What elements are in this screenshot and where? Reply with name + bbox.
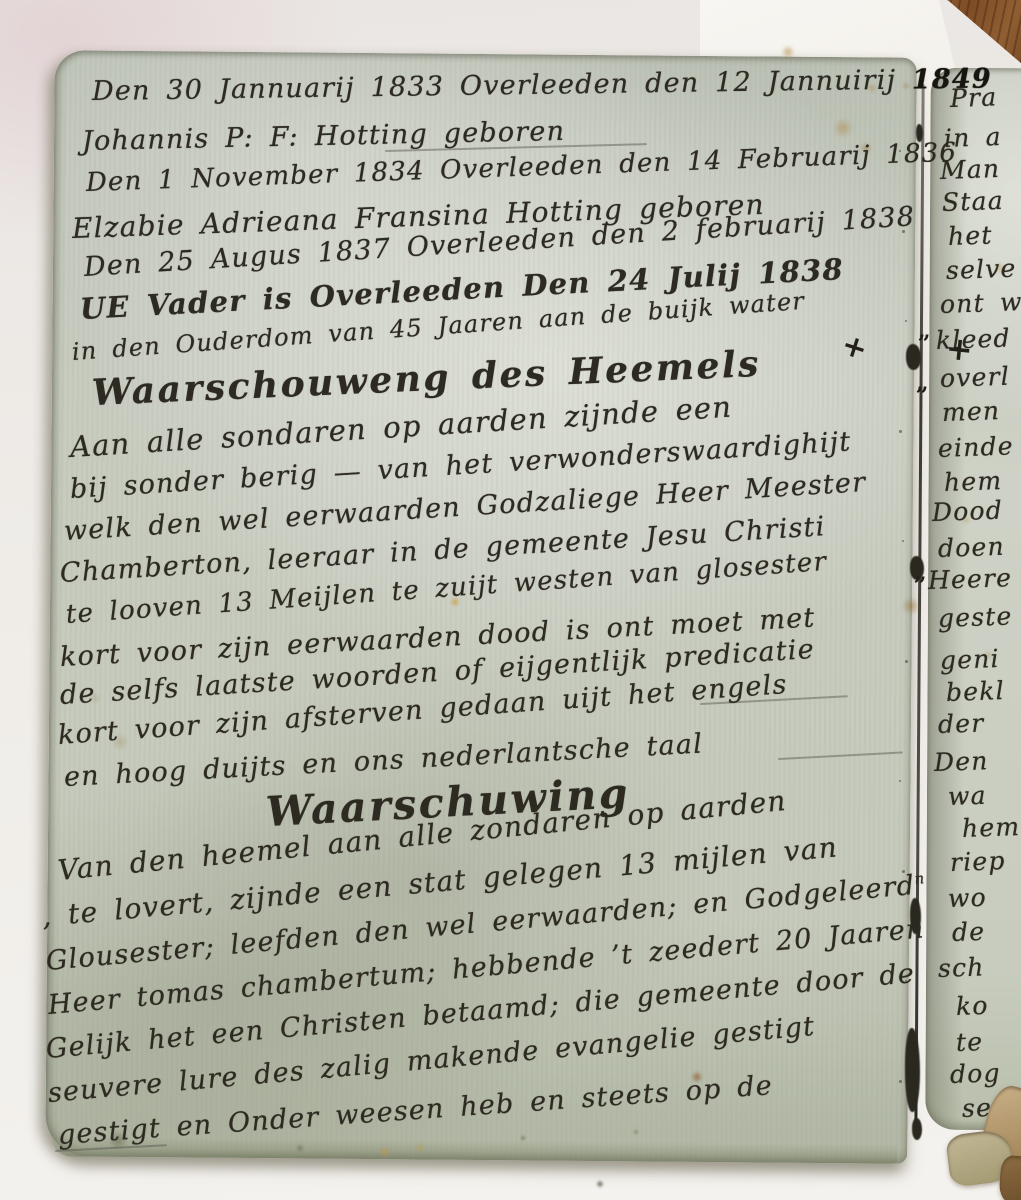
manuscript-fragment: hem (943, 466, 1002, 497)
manuscript-fragment: men (941, 396, 1000, 427)
manuscript-fragment: bekl (945, 676, 1005, 707)
manuscript-fragment: Heere (927, 563, 1012, 595)
manuscript-fragment: ko (955, 991, 989, 1021)
reader-mark: „ (918, 318, 931, 344)
manuscript-fragment: dog (949, 1058, 1001, 1089)
manuscript-fragment: sch (937, 952, 985, 983)
manuscript-fragment: wo (947, 883, 987, 913)
manuscript-fragment: in a (943, 122, 1002, 153)
manuscript-fragment: geni (939, 644, 1000, 675)
manuscript-fragment: Dood (931, 496, 1003, 527)
handwriting-layer: Den 30 Jannuarij 1833 Overleeden den 12 … (0, 0, 1021, 1200)
manuscript-line: Johannis P: F: Hotting geboren (82, 116, 566, 157)
manuscript-fragment: Den (933, 746, 989, 777)
reader-mark: „ (914, 560, 927, 586)
manuscript-fragment: het (947, 220, 993, 251)
manuscript-fragment: ont wi (939, 287, 1021, 319)
manuscript-fragment: einde (937, 431, 1014, 463)
manuscript-fragment: doen (937, 532, 1005, 563)
manuscript-fragment: der (937, 708, 984, 739)
manuscript-fragment: hem (961, 812, 1020, 843)
manuscript-fragment: Pra (949, 82, 997, 113)
reader-mark: + (837, 327, 872, 368)
reader-mark: „ (916, 370, 929, 396)
manuscript-fragment: se (961, 1093, 992, 1123)
manuscript-line: Den 30 Jannuarij 1833 Overleeden den 12 … (92, 63, 992, 107)
manuscript-fragment: riep (949, 846, 1006, 877)
manuscript-fragment: de (951, 917, 985, 947)
manuscript-fragment: te (955, 1027, 983, 1057)
manuscript-fragment: geste (937, 601, 1012, 633)
manuscript-fragment: Man (939, 154, 1000, 185)
reader-mark: + (944, 329, 975, 370)
manuscript-fragment: wa (947, 781, 987, 811)
manuscript-fragment: Staa (941, 186, 1004, 217)
manuscript-photo: Den 30 Jannuarij 1833 Overleeden den 12 … (0, 0, 1021, 1200)
manuscript-fragment: selve (945, 254, 1017, 285)
